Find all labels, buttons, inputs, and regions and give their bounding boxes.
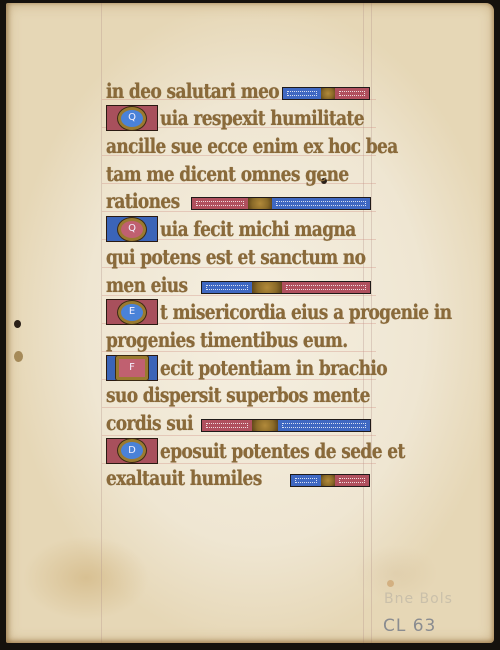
illuminated-initial: F	[106, 355, 158, 381]
line-text: ecit potentiam in brachio	[160, 357, 387, 381]
illuminated-initial: Q	[106, 216, 158, 242]
text-line: E t misericordia eius a progenie in	[106, 298, 376, 326]
line-filler	[282, 87, 370, 100]
text-line: D eposuit potentes de sede et	[106, 436, 376, 464]
text-line: F ecit potentiam in brachio	[106, 353, 376, 381]
line-text: cordis sui	[106, 412, 193, 436]
text-line: men eius	[106, 270, 376, 298]
stain-spot	[387, 580, 394, 587]
faint-pencil-note: Bne Bols	[384, 591, 453, 607]
text-line: exaltauit humiles	[106, 464, 376, 492]
line-text: uia respexit humilitate	[160, 107, 364, 131]
line-text: tam me dicent omnes gene	[106, 163, 349, 187]
text-line: tam me dicent omnes gene	[106, 159, 376, 187]
parchment-leaf: in deo salutari meo Q uia respexit humil…	[6, 3, 494, 643]
line-filler	[201, 419, 371, 432]
line-text: men eius	[106, 274, 188, 298]
illuminated-initial: D	[106, 438, 158, 464]
line-text: uia fecit michi magna	[160, 218, 356, 242]
text-line: progenies timentibus eum.	[106, 325, 376, 353]
ink-blot	[14, 320, 21, 328]
text-line: Q uia fecit michi magna	[106, 214, 376, 242]
shelfmark-note: CL 63	[383, 616, 436, 636]
text-line: ancille sue ecce enim ex hoc bea	[106, 131, 376, 159]
line-filler	[290, 474, 370, 487]
line-text: eposuit potentes de sede et	[160, 440, 405, 464]
text-line: suo dispersit superbos mente	[106, 381, 376, 409]
manuscript-image-frame: in deo salutari meo Q uia respexit humil…	[0, 0, 500, 650]
line-text: ancille sue ecce enim ex hoc bea	[106, 135, 398, 159]
stain-spot	[14, 351, 23, 362]
illuminated-initial: Q	[106, 105, 158, 131]
illuminated-initial: E	[106, 299, 158, 325]
line-filler	[201, 281, 371, 294]
text-line: Q uia respexit humilitate	[106, 104, 376, 132]
text-line: qui potens est et sanctum no	[106, 242, 376, 270]
line-text: rationes	[106, 190, 180, 214]
text-line: cordis sui	[106, 408, 376, 436]
line-text: exaltauit humiles	[106, 467, 262, 491]
line-text: t misericordia eius a progenie in	[160, 301, 451, 325]
line-text: in deo salutari meo	[106, 80, 279, 104]
text-line: in deo salutari meo	[106, 76, 376, 104]
line-filler	[191, 197, 371, 210]
line-text: qui potens est et sanctum no	[106, 246, 365, 270]
text-block: in deo salutari meo Q uia respexit humil…	[106, 76, 376, 491]
text-line: rationes	[106, 187, 376, 215]
line-text: progenies timentibus eum.	[106, 329, 348, 353]
line-text: suo dispersit superbos mente	[106, 384, 370, 408]
